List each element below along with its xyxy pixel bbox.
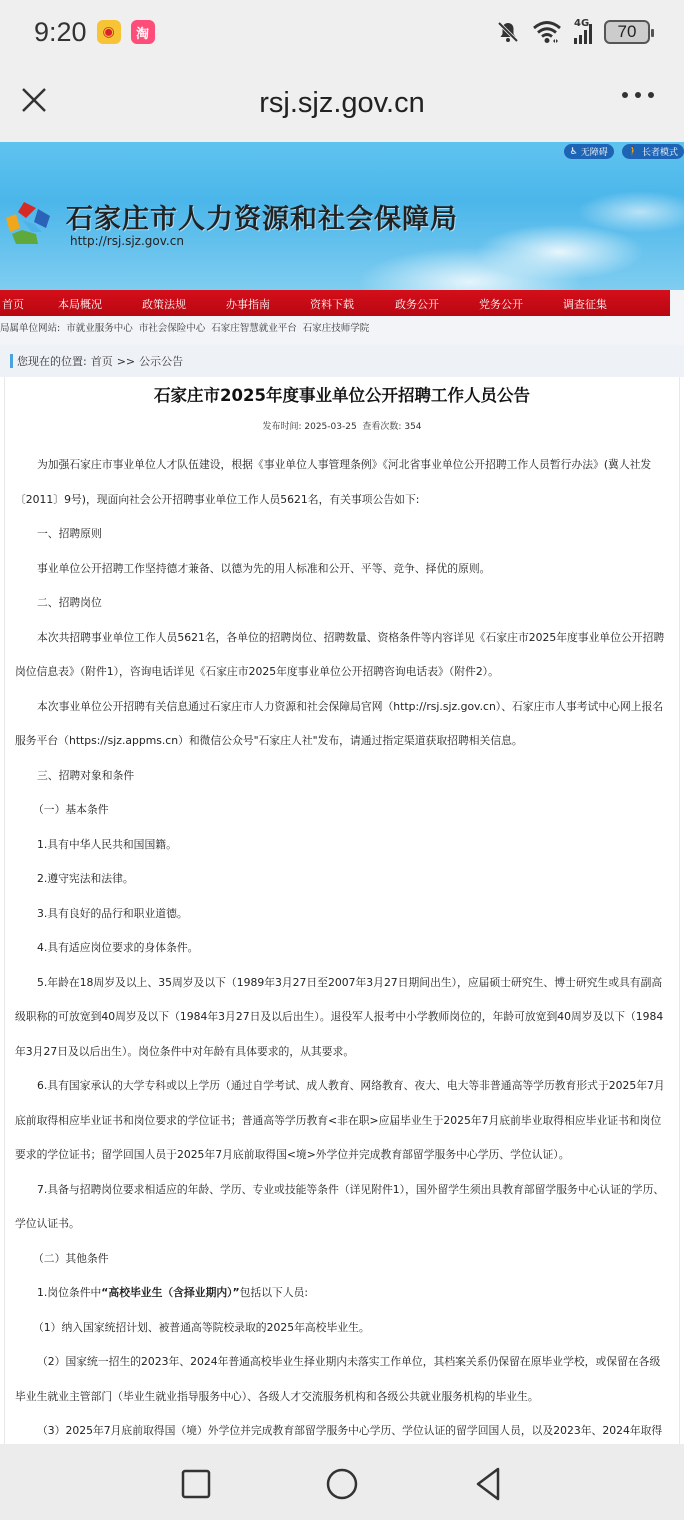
paragraph: 4.具有适应岗位要求的身体条件。 (15, 931, 669, 966)
paragraph: 6.具有国家承认的大学专科或以上学历（通过自学考试、成人教育、网络教育、夜大、电… (15, 1069, 669, 1173)
breadcrumb-current[interactable]: 公示公告 (139, 353, 183, 369)
content-area: 您现在的位置: 首页 >> 公示公告 石家庄市2025年度事业单位公开招聘工作人… (0, 345, 684, 1444)
article: 石家庄市2025年度事业单位公开招聘工作人员公告 发布时间: 2025-03-2… (4, 377, 680, 1444)
paragraph: （1）纳入国家统招计划、被普通高等院校录取的2025年高校毕业生。 (15, 1311, 669, 1346)
paragraph: 3.具有良好的品行和职业道德。 (15, 897, 669, 932)
status-bar: 9:20 ◉ 淘 4G 70 (0, 0, 684, 64)
nav-home[interactable]: 首页 (2, 296, 24, 312)
back-button[interactable] (470, 1466, 506, 1502)
home-button[interactable] (324, 1466, 360, 1502)
affiliated-link[interactable]: 市社会保险中心 (139, 320, 206, 334)
paragraph: 5.年龄在18周岁及以上、35周岁及以下（1989年3月27日至2007年3月2… (15, 966, 669, 1070)
breadcrumb-marker (10, 354, 13, 368)
browser-toolbar: rsj.sjz.gov.cn (0, 64, 684, 142)
nav-about[interactable]: 本局概况 (58, 296, 102, 312)
status-time: 9:20 (34, 17, 87, 48)
section-heading: 三、招聘对象和条件 (15, 759, 669, 794)
wheelchair-icon: ♿ (570, 147, 578, 157)
nav-gov-affairs[interactable]: 政务公开 (395, 296, 439, 312)
wifi-icon (532, 20, 562, 44)
recent-apps-button[interactable] (178, 1466, 214, 1502)
publish-date: 2025-03-25 (304, 422, 356, 432)
paragraph: 本次事业单位公开招聘有关信息通过石家庄市人力资源和社会保障局官网（http://… (15, 690, 669, 759)
article-body: 为加强石家庄市事业单位人才队伍建设，根据《事业单位人事管理条例》《河北省事业单位… (5, 448, 679, 1444)
taobao-icon: 淘 (131, 20, 155, 44)
affiliated-link[interactable]: 石家庄智慧就业平台 (211, 320, 297, 334)
url-display[interactable]: rsj.sjz.gov.cn (0, 87, 684, 120)
weibo-icon: ◉ (97, 20, 121, 44)
breadcrumb: 您现在的位置: 首页 >> 公示公告 (0, 345, 684, 377)
view-count: 354 (404, 422, 421, 432)
bell-muted-icon (496, 20, 520, 44)
network-label: 4G (574, 18, 589, 29)
nav-guide[interactable]: 办事指南 (226, 296, 270, 312)
more-icon[interactable] (622, 92, 654, 98)
paragraph: 1.岗位条件中“高校毕业生（含择业期内）”包括以下人员: (15, 1276, 669, 1311)
affiliated-sites-label: 局属单位网站: (0, 320, 60, 334)
signal-4g-icon: 4G (574, 20, 592, 44)
section-heading: 一、招聘原则 (15, 517, 669, 552)
elder-icon: 🚶 (628, 147, 639, 157)
subsection-heading: （二）其他条件 (15, 1242, 669, 1277)
paragraph: （3）2025年7月底前取得国（境）外学位并完成教育部留学服务中心学历、学位认证… (15, 1414, 669, 1444)
accessibility-button[interactable]: ♿ 无障碍 (564, 144, 614, 159)
paragraph: 本次共招聘事业单位工作人员5621名，各单位的招聘岗位、招聘数量、资格条件等内容… (15, 621, 669, 690)
nav-policy[interactable]: 政策法规 (142, 296, 186, 312)
nav-party-affairs[interactable]: 党务公开 (479, 296, 523, 312)
nav-survey[interactable]: 调查征集 (563, 296, 607, 312)
elder-mode-button[interactable]: 🚶 长者模式 (622, 144, 684, 159)
nav-downloads[interactable]: 资料下载 (310, 296, 354, 312)
breadcrumb-home[interactable]: 首页 (91, 353, 113, 369)
article-title: 石家庄市2025年度事业单位公开招聘工作人员公告 (5, 382, 679, 410)
paragraph: （2）国家统一招生的2023年、2024年普通高校毕业生择业期内未落实工作单位，… (15, 1345, 669, 1414)
main-nav: 首页 本局概况 政策法规 办事指南 资料下载 政务公开 党务公开 调查征集 (0, 290, 670, 316)
article-meta: 发布时间: 2025-03-25 查看次数: 354 (5, 419, 679, 432)
site-logo-icon[interactable] (4, 198, 54, 248)
paragraph: 7.具备与招聘岗位要求相适应的年龄、学历、专业或技能等条件（详见附件1），国外留… (15, 1173, 669, 1242)
paragraph: 为加强石家庄市事业单位人才队伍建设，根据《事业单位人事管理条例》《河北省事业单位… (15, 448, 669, 517)
paragraph: 1.具有中华人民共和国国籍。 (15, 828, 669, 863)
subsection-heading: （一）基本条件 (15, 793, 669, 828)
section-heading: 二、招聘岗位 (15, 586, 669, 621)
affiliated-link[interactable]: 石家庄技师学院 (303, 320, 370, 334)
battery-indicator: 70 (604, 20, 650, 44)
site-banner: ♿ 无障碍 🚶 长者模式 石家庄市人力资源和社会保障局 http://rsj.s… (0, 142, 684, 290)
affiliated-sites: 局属单位网站: 市就业服务中心 市社会保险中心 石家庄智慧就业平台 石家庄技师学… (0, 320, 369, 334)
web-page: ♿ 无障碍 🚶 长者模式 石家庄市人力资源和社会保障局 http://rsj.s… (0, 142, 684, 1444)
paragraph: 2.遵守宪法和法律。 (15, 862, 669, 897)
close-icon[interactable] (18, 84, 50, 116)
paragraph: 事业单位公开招聘工作坚持德才兼备、以德为先的用人标准和公开、平等、竞争、择优的原… (15, 552, 669, 587)
affiliated-link[interactable]: 市就业服务中心 (66, 320, 133, 334)
site-title: 石家庄市人力资源和社会保障局 (66, 197, 458, 236)
site-url: http://rsj.sjz.gov.cn (70, 234, 184, 248)
system-nav-bar (0, 1444, 684, 1520)
